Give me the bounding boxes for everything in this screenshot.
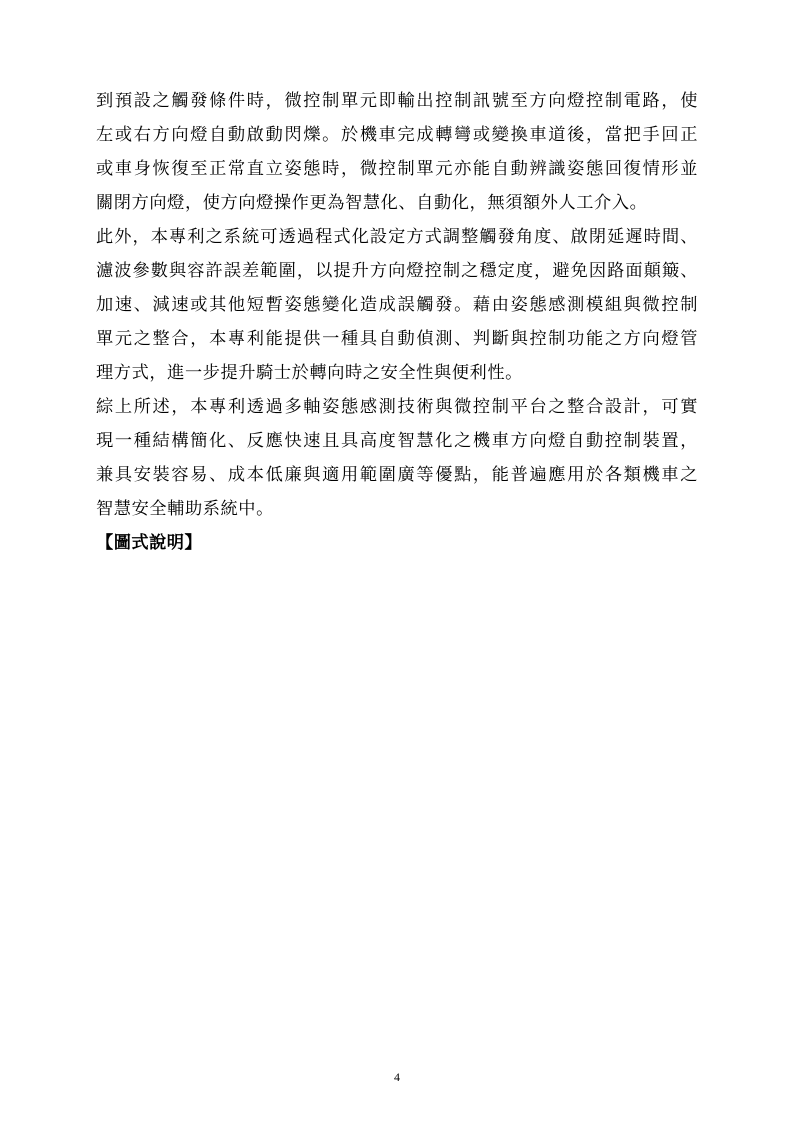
paragraph-2: 此外，本專利之系統可透過程式化設定方式調整觸發角度、啟閉延遲時間、 濾波參數與容… [96,220,698,390]
document-page: 到預設之觸發條件時，微控制單元即輸出控制訊號至方向燈控制電路，使 左或右方向燈自… [0,0,794,1123]
text-line: 理方式，進一步提升騎士於轉向時之安全性與便利性。 [96,356,698,390]
text-line: 濾波參數與容許誤差範圍，以提升方向燈控制之穩定度，避免因路面顛簸、 [96,254,698,288]
paragraph-1: 到預設之觸發條件時，微控制單元即輸出控制訊號至方向燈控制電路，使 左或右方向燈自… [96,84,698,220]
text-line: 或車身恢復至正常直立姿態時，微控制單元亦能自動辨識姿態回復情形並 [96,152,698,186]
paragraph-3: 綜上所述，本專利透過多軸姿態感測技術與微控制平台之整合設計，可實 現一種結構簡化… [96,390,698,526]
text-line: 到預設之觸發條件時，微控制單元即輸出控制訊號至方向燈控制電路，使 [96,84,698,118]
text-line: 此外，本專利之系統可透過程式化設定方式調整觸發角度、啟閉延遲時間、 [96,220,698,254]
text-line: 加速、減速或其他短暫姿態變化造成誤觸發。藉由姿態感測模組與微控制 [96,288,698,322]
text-line: 現一種結構簡化、反應快速且具高度智慧化之機車方向燈自動控制裝置， [96,424,698,458]
text-line: 兼具安裝容易、成本低廉與適用範圍廣等優點，能普遍應用於各類機車之 [96,458,698,492]
section-heading-figures: 【圖式說明】 [96,526,698,560]
text-line: 單元之整合，本專利能提供一種具自動偵測、判斷與控制功能之方向燈管 [96,322,698,356]
text-line: 綜上所述，本專利透過多軸姿態感測技術與微控制平台之整合設計，可實 [96,390,698,424]
text-line: 智慧安全輔助系統中。 [96,492,698,526]
text-line: 左或右方向燈自動啟動閃爍。於機車完成轉彎或變換車道後，當把手回正 [96,118,698,152]
text-line: 關閉方向燈，使方向燈操作更為智慧化、自動化，無須額外人工介入。 [96,186,698,220]
page-body: 到預設之觸發條件時，微控制單元即輸出控制訊號至方向燈控制電路，使 左或右方向燈自… [96,84,698,560]
page-number: 4 [0,1070,794,1085]
